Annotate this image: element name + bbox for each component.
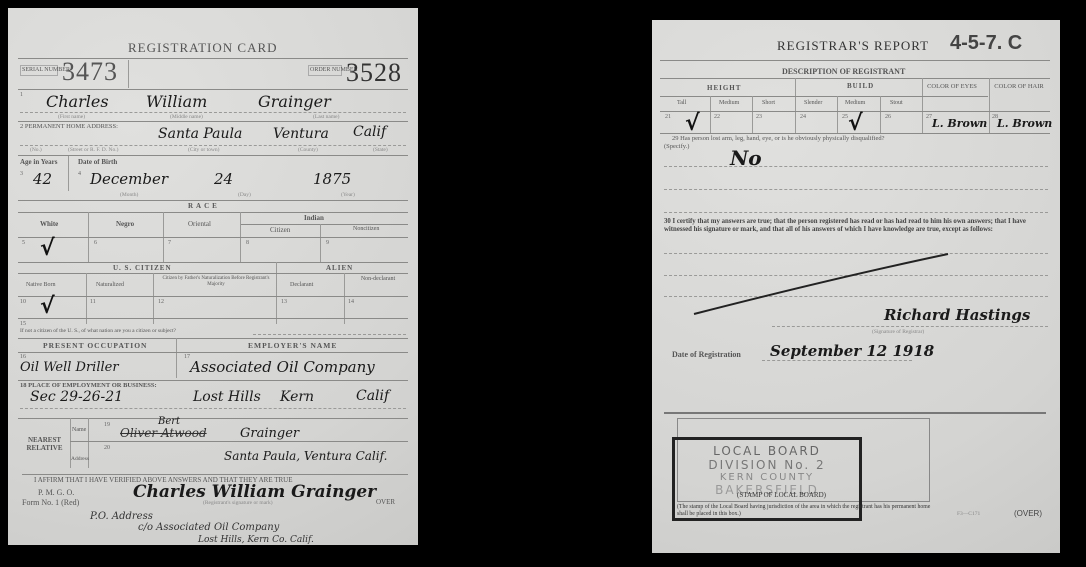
middle-name: William <box>146 92 207 111</box>
age: 42 <box>33 170 52 188</box>
registrant-signature: Charles William Grainger <box>133 482 376 502</box>
home-county: Ventura <box>273 126 329 142</box>
question-29: 29 Has person lost arm, leg, hand, eye, … <box>672 135 884 142</box>
serial-number-label: SERIAL NUMBER <box>20 65 58 76</box>
employment-city: Lost Hills <box>193 389 261 405</box>
dob-year: 1875 <box>313 170 351 188</box>
home-state: Calif <box>353 124 386 140</box>
eye-color: L. Brown <box>932 117 987 130</box>
nearest-relative-label: NEAREST RELATIVE <box>22 436 67 452</box>
report-title: REGISTRAR'S REPORT <box>777 38 929 54</box>
serial-number: 3473 <box>62 57 118 87</box>
field15-label: If not a citizen of the U. S., of what n… <box>20 328 176 334</box>
dob-day: 24 <box>214 170 233 188</box>
date-of-registration: September 12 1918 <box>770 342 934 360</box>
card-title: REGISTRATION CARD <box>128 40 278 56</box>
occupation: Oil Well Driller <box>20 360 119 375</box>
date-of-registration-label: Date of Registration <box>672 350 741 359</box>
last-name: Grainger <box>258 92 331 111</box>
po-address-line1: P.O. Address <box>90 511 153 522</box>
dob-month: December <box>90 170 168 188</box>
native-born-check-mark: √ <box>40 294 55 319</box>
po-address-line3: Lost Hills, Kern Co. Calif. <box>198 535 314 545</box>
employment-county: Kern <box>280 389 314 405</box>
white-check-mark: √ <box>40 236 55 261</box>
home-address-label: 2 PERMANENT HOME ADDRESS: <box>20 123 118 130</box>
po-address-line2: c/o Associated Oil Company <box>138 522 279 533</box>
race-title: RACE <box>188 202 220 210</box>
registrar-signature: Richard Hastings <box>884 306 1030 324</box>
first-name: Charles <box>46 92 109 111</box>
relative-address: Santa Paula, Ventura Calif. <box>224 449 387 463</box>
employment-state: Calif <box>356 388 389 404</box>
employer: Associated Oil Company <box>190 358 375 376</box>
home-city: Santa Paula <box>158 126 242 142</box>
employment-street: Sec 29-26-21 <box>30 389 123 405</box>
hair-color: L. Brown <box>997 117 1052 130</box>
registrars-report-card: REGISTRAR'S REPORT 4-5-7. C DESCRIPTION … <box>652 20 1060 553</box>
stamp-note: (The stamp of the Local Board having jur… <box>677 504 937 518</box>
registration-card: REGISTRATION CARD SERIAL NUMBER 3473 ORD… <box>8 8 418 545</box>
relative-name-struck: Oliver Atwood <box>120 426 207 440</box>
order-number-label: ORDER NUMBER <box>308 65 342 76</box>
description-title: DESCRIPTION OF REGISTRANT <box>782 67 905 76</box>
report-code: 4-5-7. C <box>950 32 1022 55</box>
order-number: 3528 <box>346 58 402 88</box>
relative-last-name: Grainger <box>240 426 299 441</box>
question-30: 30 I certify that my answers are true; t… <box>664 218 1052 234</box>
